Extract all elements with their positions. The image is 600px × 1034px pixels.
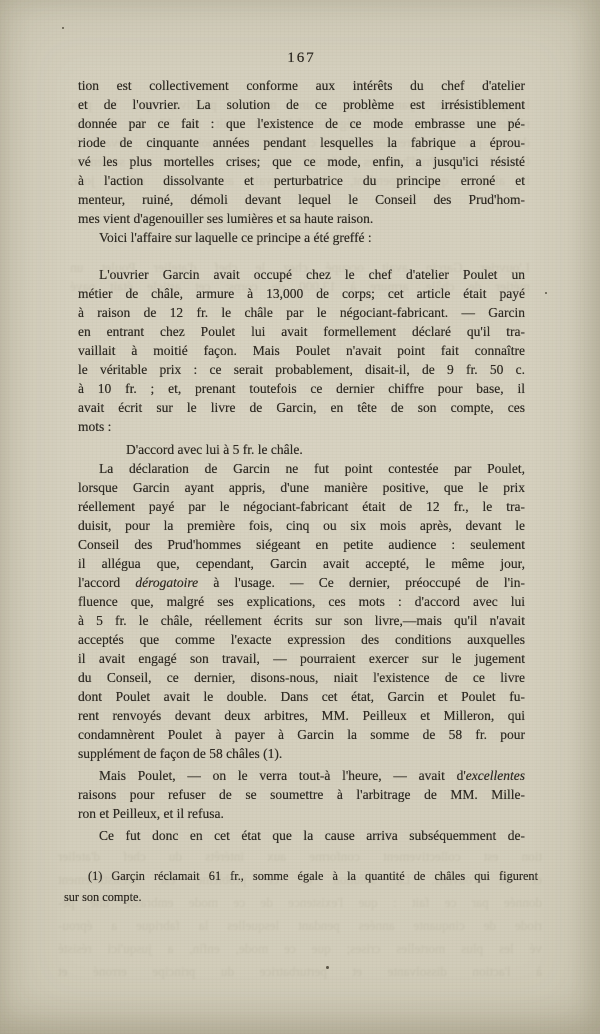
text-line: menteur, ruiné, démoli devant lequel le … xyxy=(78,190,525,209)
text-line: vé les plus mortelles crises; que ce mod… xyxy=(78,152,525,171)
ghost-line: riode de cinquante années pendant lesque… xyxy=(58,914,542,937)
text-line: acceptés que comme l'exacte expression d… xyxy=(78,630,525,649)
page-number: 167 xyxy=(78,50,525,67)
text-line: lorsque Garcin ayant appris, d'une maniè… xyxy=(78,478,525,497)
text-line: il allégua que, cependant, Garcin avait … xyxy=(78,554,525,573)
text-line: La déclaration de Garcin ne fut point co… xyxy=(78,459,525,478)
quote-line: D'accord avec lui à 5 fr. le châle. xyxy=(78,440,525,459)
paragraph: Ce fut donc en cet état que la cause arr… xyxy=(78,826,525,845)
paragraph: Mais Poulet, — on le verra tout-à l'heur… xyxy=(78,766,525,823)
text-line: à 5 fr. le châle, réellement écrits sur … xyxy=(78,611,525,630)
text-line: à raison de 12 fr. le châle par le négoc… xyxy=(78,303,525,322)
text-line: condamnèrent Poulet à payer à Garcin la … xyxy=(78,725,525,744)
ghost-line: à l'action dissolvante et perturbatrice … xyxy=(58,960,542,983)
footnote-line: (1) Garçin réclamait 61 fr., somme égale… xyxy=(64,866,538,887)
text-line: fluence que, malgré ses explications, ce… xyxy=(78,592,525,611)
footnote-line: sur son compte. xyxy=(64,887,538,908)
text-line: duisit, pour la première fois, cinq ou s… xyxy=(78,516,525,535)
text-line: mes vient d'agenouiller ses lumières et … xyxy=(78,209,525,228)
text-line: riode de cinquante années pendant lesque… xyxy=(78,133,525,152)
footnote: (1) Garçin réclamait 61 fr., somme égale… xyxy=(64,866,538,908)
text-line: donnée par ce fait : que l'existence de … xyxy=(78,114,525,133)
text-line: Conseil des Prud'hommes siégeant en peti… xyxy=(78,535,525,554)
paragraph: L'ouvrier Garcin avait occupé chez le ch… xyxy=(78,265,525,436)
ghost-line: vé les plus mortelles crises; que ce mod… xyxy=(58,937,542,960)
ink-speck xyxy=(545,292,547,294)
text-line: rent renvoyés devant deux arbitres, MM. … xyxy=(78,706,525,725)
paragraph: La déclaration de Garcin ne fut point co… xyxy=(78,459,525,763)
text-line: mots : xyxy=(78,417,525,436)
body-text-block: tion est collectivement conforme aux int… xyxy=(78,76,525,845)
text-line: L'ouvrier Garcin avait occupé chez le ch… xyxy=(78,265,525,284)
text-line: raisons pour refuser de se soumettre à l… xyxy=(78,785,525,804)
text-line: réellement payé par le négociant-fabrica… xyxy=(78,497,525,516)
text-line: Ce fut donc en cet état que la cause arr… xyxy=(78,826,525,845)
text-line: Voici l'affaire sur laquelle ce principe… xyxy=(78,228,525,247)
text-line: supplément de façon de 58 châles (1). xyxy=(78,744,525,763)
text-line: à l'action dissolvante et perturbatrice … xyxy=(78,171,525,190)
text-line: métier de châle, armure à 13,000 de corp… xyxy=(78,284,525,303)
text-line: dont Poulet avait le double. Dans cet ét… xyxy=(78,687,525,706)
quoted-inscription: D'accord avec lui à 5 fr. le châle. xyxy=(78,440,525,459)
ink-speck xyxy=(62,27,64,29)
paragraph: tion est collectivement conforme aux int… xyxy=(78,76,525,228)
ghost-line: tion est collectivement conforme aux int… xyxy=(58,845,542,868)
text-line: ron et Peilleux, et il refusa. xyxy=(78,804,525,823)
text-line: il avait engagé son travail, — pourraien… xyxy=(78,649,525,668)
text-line: à 10 fr. ; et, prenant toutefois ce dern… xyxy=(78,379,525,398)
scanned-book-page: 167 tion est collectivement conforme aux… xyxy=(0,0,600,1034)
text-line: en entrant chez Poulet lui avait formell… xyxy=(78,322,525,341)
paragraph: Voici l'affaire sur laquelle ce principe… xyxy=(78,228,525,247)
text-line: avait écrit sur le livre de Garcin, en t… xyxy=(78,398,525,417)
text-line: Mais Poulet, — on le verra tout-à l'heur… xyxy=(78,766,525,785)
text-line: et de l'ouvrier. La solution de ce probl… xyxy=(78,95,525,114)
text-line: l'accord dérogatoire à l'usage. — Ce der… xyxy=(78,573,525,592)
text-line: le véritable prix : ce serait probableme… xyxy=(78,360,525,379)
text-line: vaillait à moitié façon. Mais Poulet n'a… xyxy=(78,341,525,360)
text-line: du Conseil, ce dernier, disons-nous, nia… xyxy=(78,668,525,687)
text-line: tion est collectivement conforme aux int… xyxy=(78,76,525,95)
ink-speck xyxy=(326,966,329,969)
